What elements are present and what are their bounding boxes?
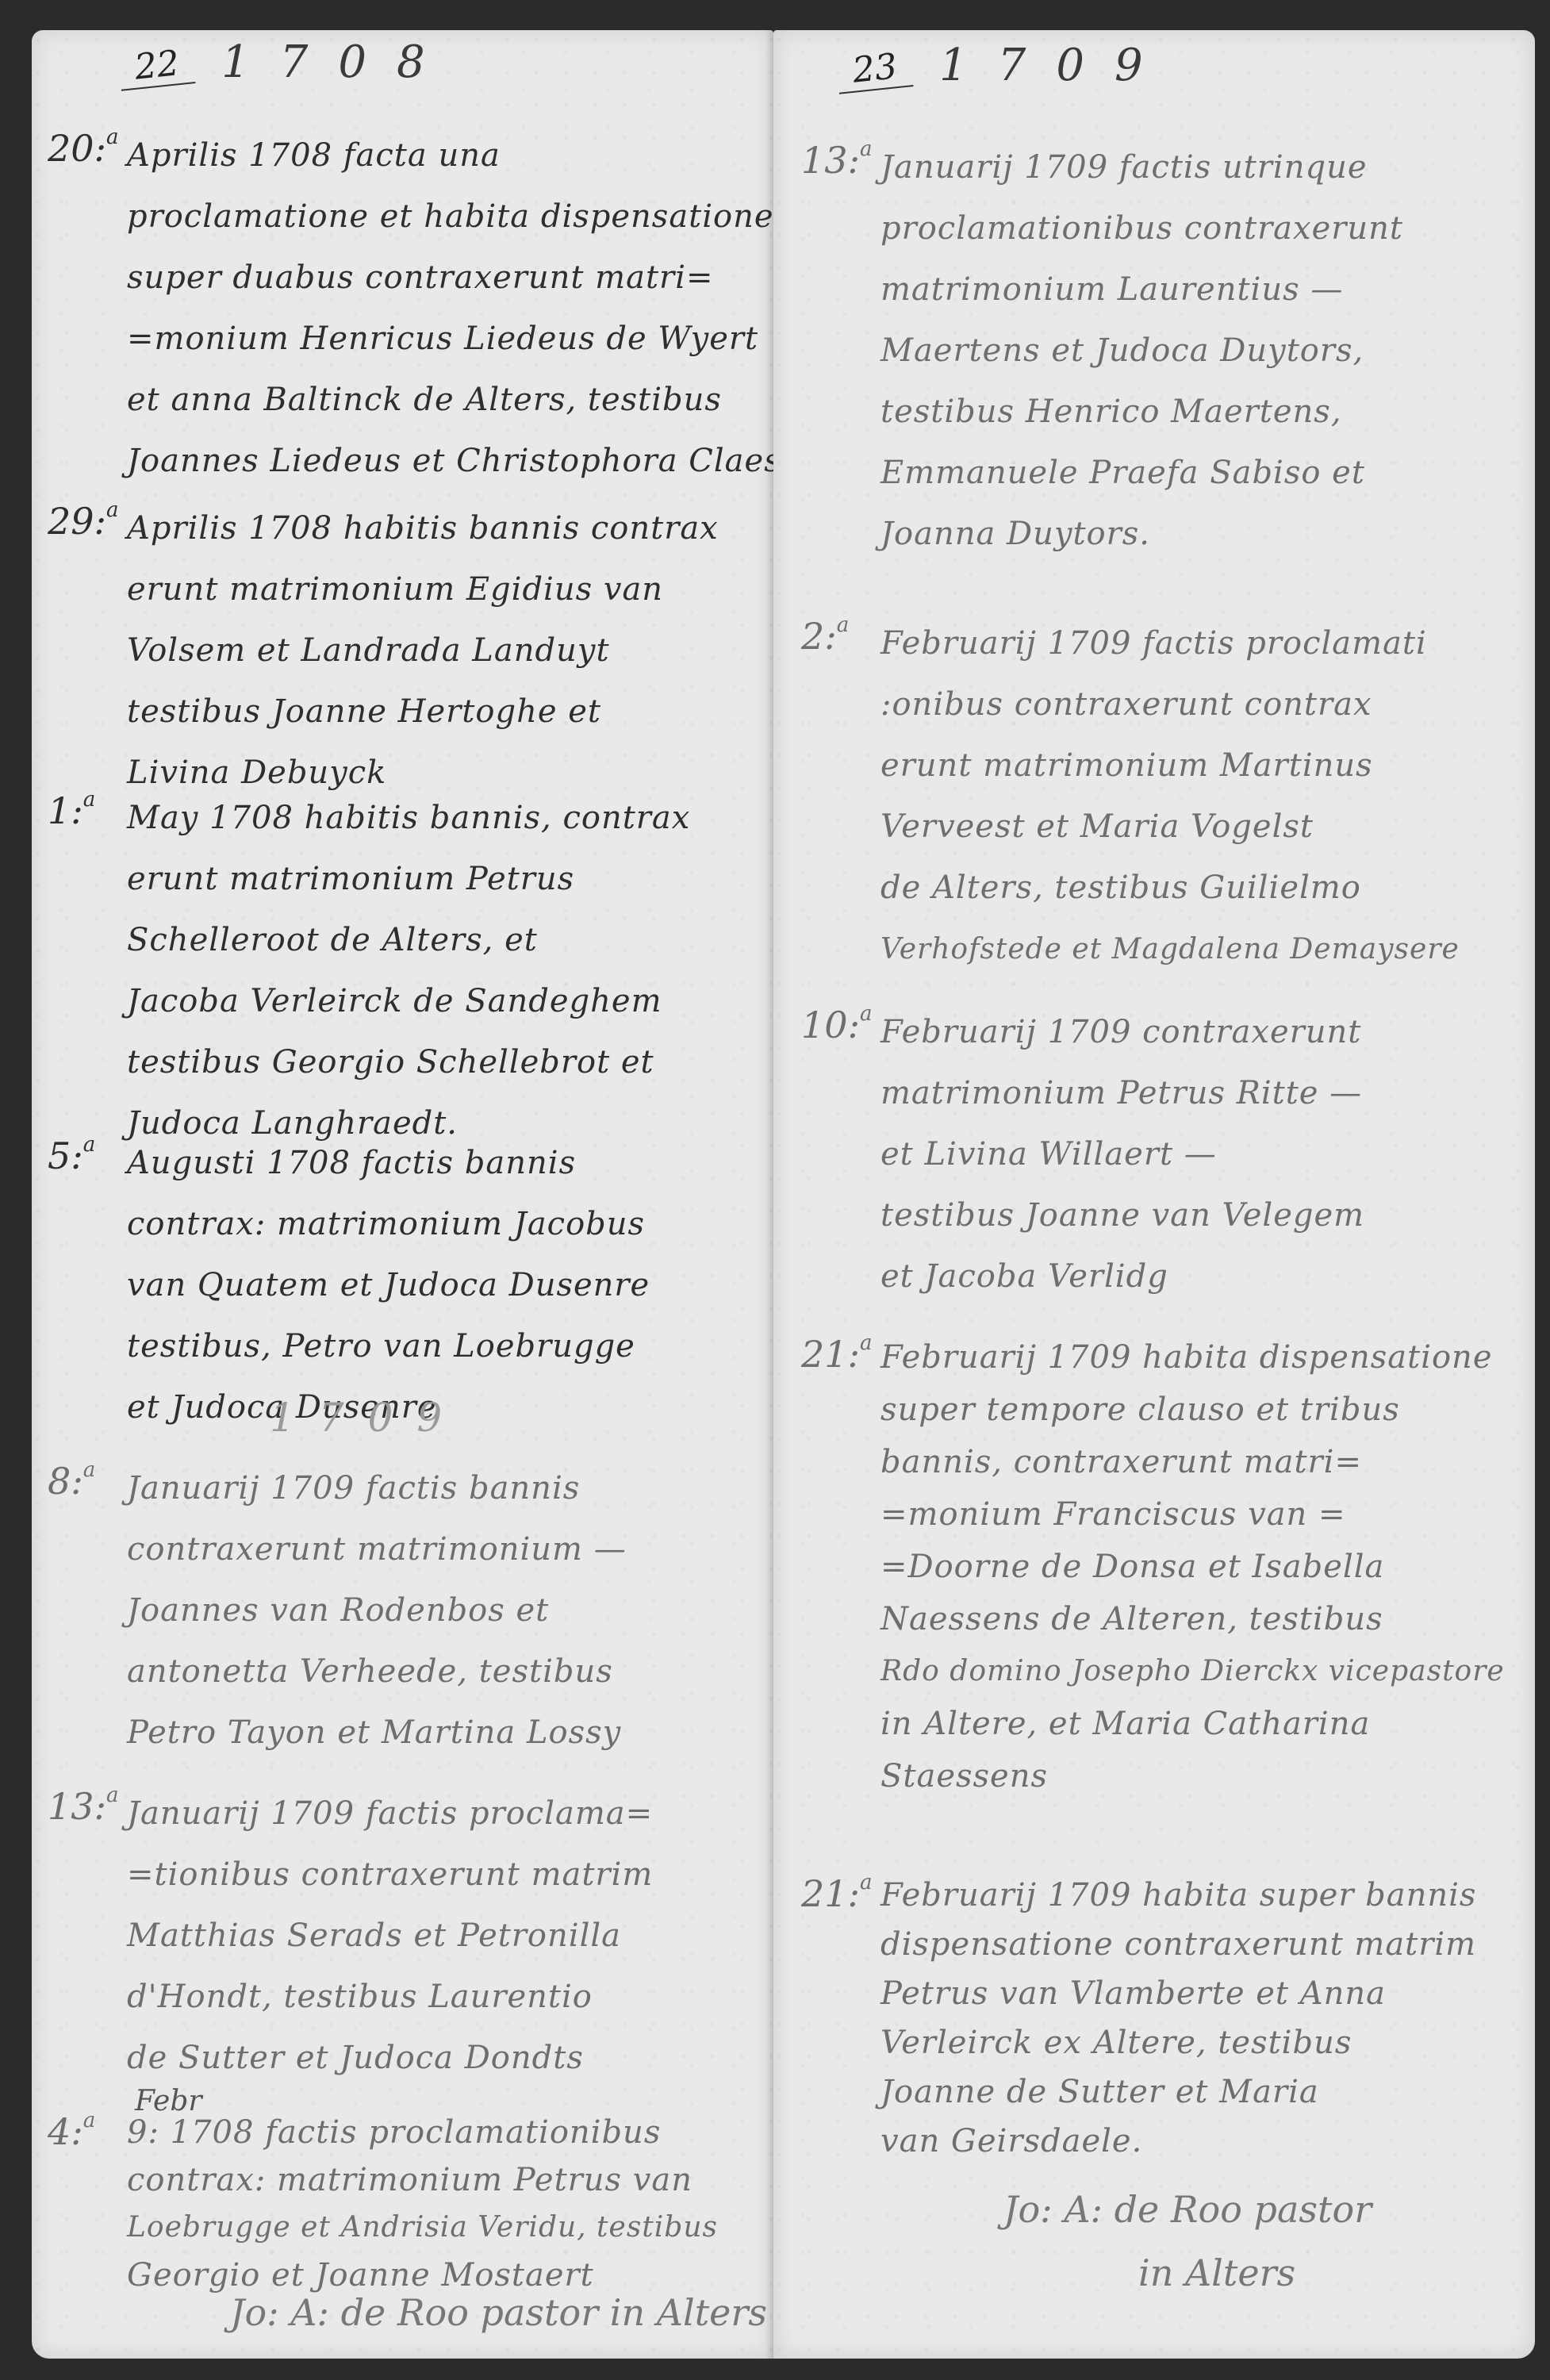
entry-line: Februarij 1709 habita super bannis: [881, 1871, 1476, 1920]
entry-5-august-1708: 5:a Augusti 1708 factis bannis contrax: …: [48, 1133, 650, 1438]
entry-line: Staessens: [881, 1750, 1505, 1802]
entry-line: 9: 1708 factis proclamationibus: [127, 2109, 718, 2156]
entry-line: Verleirck ex Altere, testibus: [881, 2018, 1476, 2067]
entry-line: in Altere, et Maria Catharina: [881, 1698, 1505, 1750]
entry-line: van Quatem et Judoca Dusenre: [127, 1255, 650, 1316]
entry-line: =tionibus contraxerunt matrim: [127, 1844, 653, 1906]
entry-line: Verhofstede et Magdalena Demaysere: [881, 919, 1460, 980]
entry-line: matrimonium Petrus Ritte —: [881, 1063, 1364, 1124]
entry-line: et anna Baltinck de Alters, testibus: [127, 370, 792, 431]
entry-line: erunt matrimonium Petrus: [127, 849, 690, 910]
entry-line: testibus Joanne van Velegem: [881, 1185, 1364, 1246]
entry-line: Jacoba Verleirck de Sandeghem: [127, 971, 690, 1032]
right-page: 23 1709 13:a Januarij 1709 factis utrinq…: [773, 30, 1535, 2359]
entry-line: antonetta Verheede, testibus: [127, 1641, 627, 1702]
entry-line: Februarij 1709 habita dispensatione: [881, 1331, 1505, 1384]
entry-day: 2:a: [801, 613, 849, 658]
entry-line: et Livina Willaert —: [881, 1124, 1364, 1185]
entry-line: erunt matrimonium Egidius van: [127, 559, 719, 620]
entry-line: May 1708 habitis bannis, contrax: [127, 788, 690, 849]
entry-line: super duabus contraxerunt matri=: [127, 248, 792, 309]
entry-line: Matthias Serads et Petronilla: [127, 1906, 653, 1967]
entry-line: =monium Franciscus van =: [881, 1488, 1505, 1541]
entry-line: Loebrugge et Andrisia Veridu, testibus: [127, 2204, 718, 2251]
entry-day: 20:a: [48, 125, 119, 170]
entry-day: 5:a: [48, 1133, 95, 1177]
entry-line: :onibus contraxerunt contrax: [881, 674, 1460, 735]
entry-line: Schelleroot de Alters, et: [127, 910, 690, 971]
entry-day: 8:a: [48, 1458, 95, 1503]
entry-line: Joannes van Rodenbos et: [127, 1580, 627, 1641]
entry-line: de Alters, testibus Guilielmo: [881, 858, 1460, 919]
entry-line: et Jacoba Verlidg: [881, 1246, 1364, 1307]
entry-line: dispensatione contraxerunt matrim: [881, 1920, 1476, 1969]
entry-line: bannis, contraxerunt matri=: [881, 1436, 1505, 1488]
section-year-heading: 1709: [270, 1395, 466, 1441]
entry-line: Februarij 1709 contraxerunt: [881, 1002, 1364, 1063]
entry-line: Januarij 1709 factis proclama=: [127, 1783, 653, 1844]
entry-line: matrimonium Laurentius —: [881, 259, 1403, 321]
entry-line: proclamationibus contraxerunt: [881, 198, 1403, 259]
entry-line: Aprilis 1708 habitis bannis contrax: [127, 498, 719, 559]
entry-line: =Doorne de Donsa et Isabella: [881, 1541, 1505, 1593]
entry-line: contraxerunt matrimonium —: [127, 1519, 627, 1580]
pastor-signature-line2: in Alters: [1138, 2251, 1295, 2294]
entry-line: testibus, Petro van Loebrugge: [127, 1316, 650, 1377]
entry-line: =monium Henricus Liedeus de Wyert: [127, 309, 792, 370]
entry-21-february-1709-b: 21:a Februarij 1709 habita super bannis …: [801, 1871, 1476, 2166]
entry-29-april-1708: 29:a Aprilis 1708 habitis bannis contrax…: [48, 498, 719, 804]
entry-day: 4:a: [48, 2109, 95, 2153]
entry-line: Petrus van Vlamberte et Anna: [881, 1969, 1476, 2018]
entry-21-february-1709-a: 21:a Februarij 1709 habita dispensatione…: [801, 1331, 1505, 1802]
entry-line: Joanna Duytors.: [881, 504, 1403, 565]
entry-line: super tempore clauso et tribus: [881, 1384, 1505, 1436]
entry-line: Augusti 1708 factis bannis: [127, 1133, 650, 1194]
entry-13-january-1709: 13:a Januarij 1709 factis utrinque procl…: [801, 137, 1403, 565]
entry-13-january-1709: 13:a Januarij 1709 factis proclama= =tio…: [48, 1783, 653, 2089]
entry-line: Rdo domino Josepho Dierckx vicepastore: [881, 1645, 1505, 1698]
entry-line: Verveest et Maria Vogelst: [881, 797, 1460, 858]
entry-line: testibus Joanne Hertoghe et: [127, 681, 719, 743]
year-heading: 1708: [221, 36, 455, 88]
entry-8-january-1709: 8:a Januarij 1709 factis bannis contraxe…: [48, 1458, 627, 1764]
entry-line: Aprilis 1708 facta una: [127, 125, 792, 186]
register-spread: 22 1708 20:a Aprilis 1708 facta una proc…: [32, 30, 1535, 2359]
pastor-signature: Jo: A: de Roo pastor in Alters: [230, 2291, 767, 2334]
folio-number: 22: [117, 41, 195, 91]
entry-1-may-1708: 1:a May 1708 habitis bannis, contrax eru…: [48, 788, 690, 1154]
entry-line: Januarij 1709 factis bannis: [127, 1458, 627, 1519]
entry-line: testibus Georgio Schellebrot et: [127, 1032, 690, 1093]
pastor-signature-line1: Jo: A: de Roo pastor: [1003, 2188, 1372, 2231]
entry-day: 29:a: [48, 498, 119, 543]
left-page: 22 1708 20:a Aprilis 1708 facta una proc…: [32, 30, 773, 2359]
entry-line: van Geirsdaele.: [881, 2117, 1476, 2166]
entry-2-february-1709: 2:a Februarij 1709 factis proclamati :on…: [801, 613, 1460, 980]
entry-line: Februarij 1709 factis proclamati: [881, 613, 1460, 674]
entry-line: Joannes Liedeus et Christophora Claes.: [127, 431, 792, 492]
entry-line: Volsem et Landrada Landuyt: [127, 620, 719, 681]
entry-line: Naessens de Alteren, testibus: [881, 1593, 1505, 1645]
entry-day: 13:a: [801, 137, 873, 182]
entry-10-february-1709: 10:a Februarij 1709 contraxerunt matrimo…: [801, 1002, 1364, 1307]
entry-day: 13:a: [48, 1783, 119, 1828]
entry-line: Emmanuele Praefa Sabiso et: [881, 443, 1403, 504]
entry-line: Petro Tayon et Martina Lossy: [127, 1702, 627, 1764]
entry-line: proclamatione et habita dispensatione: [127, 186, 792, 248]
right-page-header: 23 1709: [837, 40, 1173, 91]
entry-20-april-1708: 20:a Aprilis 1708 facta una proclamation…: [48, 125, 792, 492]
entry-line: contrax: matrimonium Jacobus: [127, 1194, 650, 1255]
entry-day: 21:a: [801, 1331, 873, 1376]
left-page-header: 22 1708: [119, 36, 455, 88]
entry-day: 10:a: [801, 1002, 873, 1046]
entry-line: de Sutter et Judoca Dondts: [127, 2028, 653, 2089]
year-heading: 1709: [939, 40, 1173, 91]
entry-day: 1:a: [48, 788, 95, 832]
entry-line: testibus Henrico Maertens,: [881, 382, 1403, 443]
entry-day: 21:a: [801, 1871, 873, 1915]
entry-line: d'Hondt, testibus Laurentio: [127, 1967, 653, 2028]
entry-line: contrax: matrimonium Petrus van: [127, 2156, 718, 2204]
entry-line: Joanne de Sutter et Maria: [881, 2067, 1476, 2117]
entry-line: Maertens et Judoca Duytors,: [881, 321, 1403, 382]
entry-line: erunt matrimonium Martinus: [881, 735, 1460, 797]
folio-number: 23: [834, 44, 913, 94]
entry-line: Januarij 1709 factis utrinque: [881, 137, 1403, 198]
entry-4-february-1709: 4:a 9: 1708 factis proclamationibus cont…: [48, 2109, 718, 2299]
